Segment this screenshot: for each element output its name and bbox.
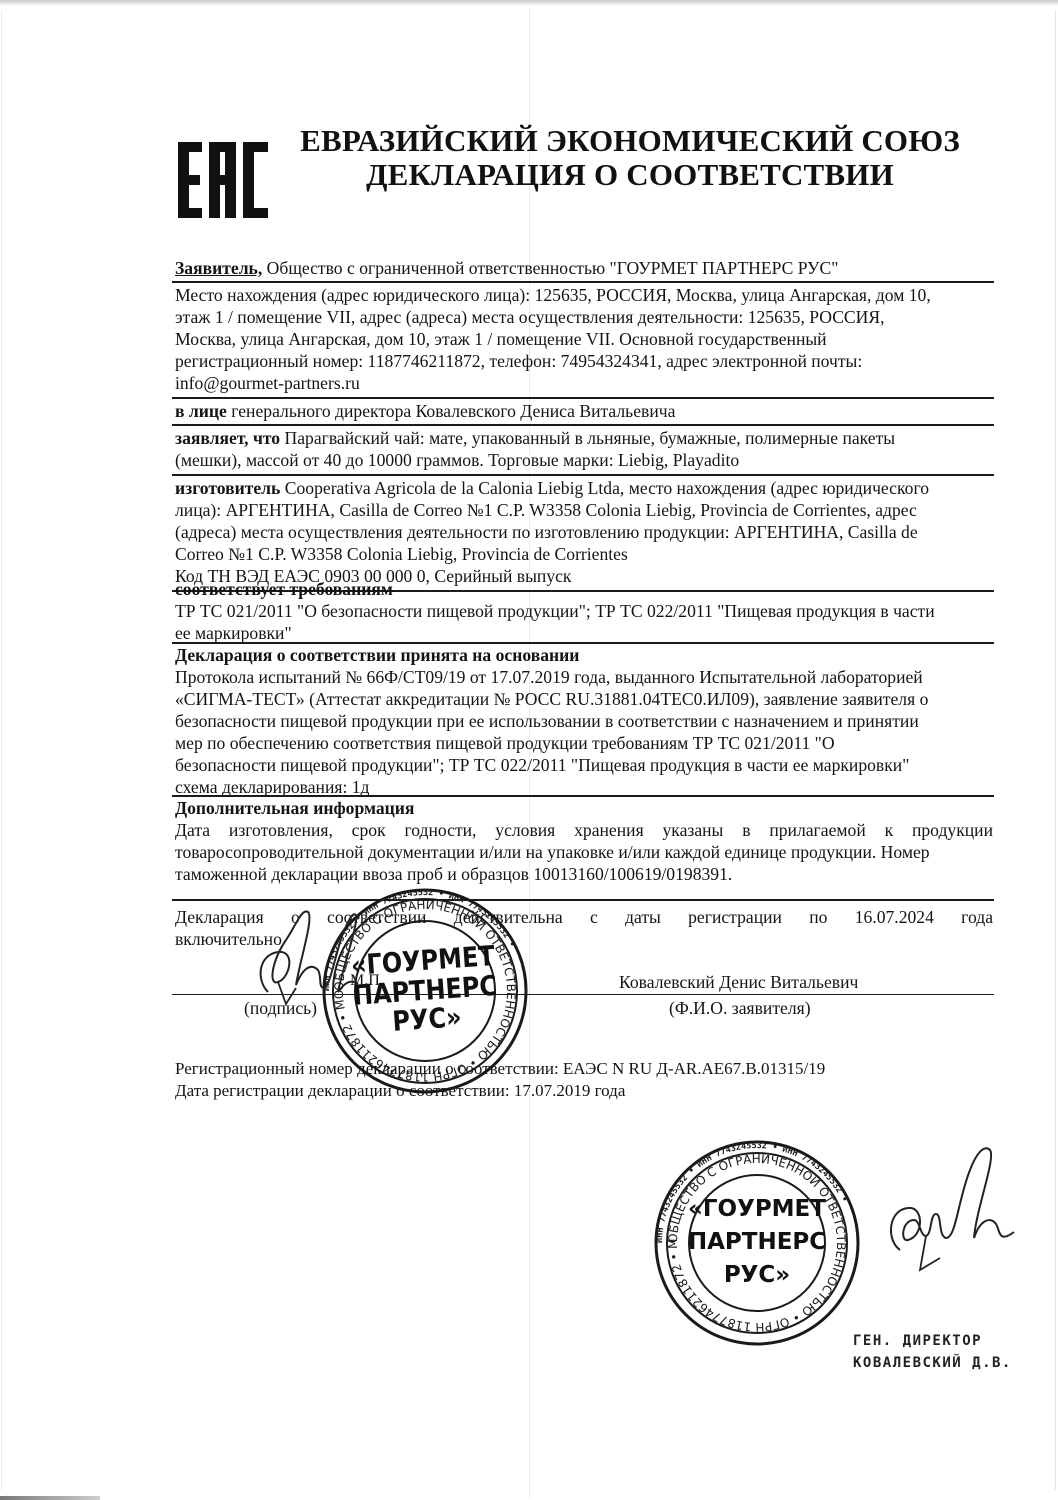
handwritten-signature	[238, 900, 378, 1010]
representative-line: в лице генерального директора Ковалевско…	[175, 400, 993, 422]
handwritten-signature-certified	[880, 1140, 1020, 1300]
title-declaration: ДЕКЛАРАЦИЯ О СООТВЕТСТВИИ	[300, 158, 960, 192]
product-description-cont: (мешки), массой от 40 до 10000 граммов. …	[175, 449, 993, 471]
certification-caption: ГЕН. ДИРЕКТОР КОВАЛЕВСКИЙ Д.В.	[853, 1330, 1012, 1374]
manufacturer-label: изготовитель	[175, 478, 280, 498]
conforms-text: ТР ТС 021/2011 "О безопасности пищевой п…	[175, 600, 993, 622]
basis-text: безопасности пищевой продукции"; ТР ТС 0…	[175, 754, 993, 776]
conforms-label: соответствует требованиям	[175, 578, 993, 600]
applicant-line: Заявитель, Общество с ограниченной ответ…	[175, 257, 993, 279]
director-position: ГЕН. ДИРЕКТОР	[853, 1330, 1012, 1352]
basis-text: безопасности пищевой продукции при ее ис…	[175, 710, 993, 732]
paper-edge-right	[1055, 10, 1056, 1490]
representative-text: генерального директора Ковалевского Дени…	[227, 401, 676, 421]
paper-edge-left	[1, 10, 2, 1490]
address-line: этаж 1 / помещение VII, адрес (адреса) м…	[175, 306, 993, 328]
additional-label: Дополнительная информация	[175, 797, 993, 819]
basis-text: Протокола испытаний № 66Ф/СТ09/19 от 17.…	[175, 666, 993, 688]
eac-mark-icon	[176, 140, 270, 220]
additional-text: Дата изготовления, срок годности, услови…	[175, 819, 993, 841]
divider	[172, 474, 994, 476]
additional-block: Дополнительная информация Дата изготовле…	[175, 797, 993, 885]
basis-label: Декларация о соответствии принята на осн…	[175, 644, 993, 666]
declares-block: заявляет, что Парагвайский чай: мате, уп…	[175, 427, 993, 471]
applicant-address: Место нахождения (адрес юридического лиц…	[175, 284, 993, 394]
document-title: ЕВРАЗИЙСКИЙ ЭКОНОМИЧЕСКИЙ СОЮЗ ДЕКЛАРАЦИ…	[300, 124, 960, 192]
basis-text: мер по обеспечению соответствия пищевой …	[175, 732, 993, 754]
basis-block: Декларация о соответствии принята на осн…	[175, 644, 993, 798]
representative-label: в лице	[175, 401, 227, 421]
address-line: Место нахождения (адрес юридического лиц…	[175, 284, 993, 306]
additional-text: товаросопроводительной документации и/ил…	[175, 841, 993, 863]
address-line: Москва, улица Ангарская, дом 10, этаж 1 …	[175, 328, 993, 350]
divider	[172, 281, 994, 283]
manufacturer-text: Cooperativa Agricola de la Calonia Liebi…	[280, 478, 929, 498]
manufacturer-text: Correo №1 C.P. W3358 Colonia Liebig, Pro…	[175, 543, 993, 565]
stamp-line1: «ГОУРМЕТ	[688, 1196, 826, 1222]
applicant-name: Общество с ограниченной ответственностью…	[262, 258, 838, 278]
registration-date: Дата регистрации декларации о соответств…	[175, 1080, 993, 1102]
manufacturer-block: изготовитель Cooperativa Agricola de la …	[175, 477, 993, 587]
signer-caption: (Ф.И.О. заявителя)	[669, 997, 811, 1019]
divider	[172, 397, 994, 399]
conforms-text: ее маркировки"	[175, 622, 993, 644]
applicant-label: Заявитель,	[175, 258, 262, 278]
address-line: регистрационный номер: 1187746211872, те…	[175, 350, 993, 372]
manufacturer-text: (адреса) места осуществления деятельност…	[175, 521, 993, 543]
basis-text: «СИГМА-ТЕСТ» (Аттестат аккредитации № РО…	[175, 688, 993, 710]
product-description: Парагвайский чай: мате, упакованный в ль…	[280, 428, 895, 448]
email-text: info@gourmet-partners.ru	[175, 372, 993, 394]
scan-edge-artifact	[0, 0, 1058, 6]
manufacturer-text: лица): АРГЕНТИНА, Casilla de Correo №1 C…	[175, 499, 993, 521]
stamp-line3: РУС»	[724, 1262, 790, 1288]
scan-edge-artifact-bottom	[0, 1496, 100, 1500]
signer-name: Ковалевский Денис Витальевич	[619, 971, 858, 993]
stamp-line2: ПАРТНЕРС	[688, 1229, 826, 1255]
declares-label: заявляет, что	[175, 428, 280, 448]
stamp-line3: РУС»	[391, 1002, 462, 1039]
registration-number: Регистрационный номер декларации о соотв…	[175, 1058, 993, 1080]
company-stamp-certified: ИНН 7743245532 • ИНН 7743245532 • ИНН 77…	[652, 1138, 862, 1348]
conforms-block: соответствует требованиям ТР ТС 021/2011…	[175, 576, 993, 644]
registration-block: Регистрационный номер декларации о соотв…	[175, 1058, 993, 1102]
customs-declaration-text: таможенной декларации ввоза проб и образ…	[175, 863, 993, 885]
divider	[172, 424, 994, 426]
title-union: ЕВРАЗИЙСКИЙ ЭКОНОМИЧЕСКИЙ СОЮЗ	[300, 124, 960, 158]
director-name: КОВАЛЕВСКИЙ Д.В.	[853, 1352, 1012, 1374]
